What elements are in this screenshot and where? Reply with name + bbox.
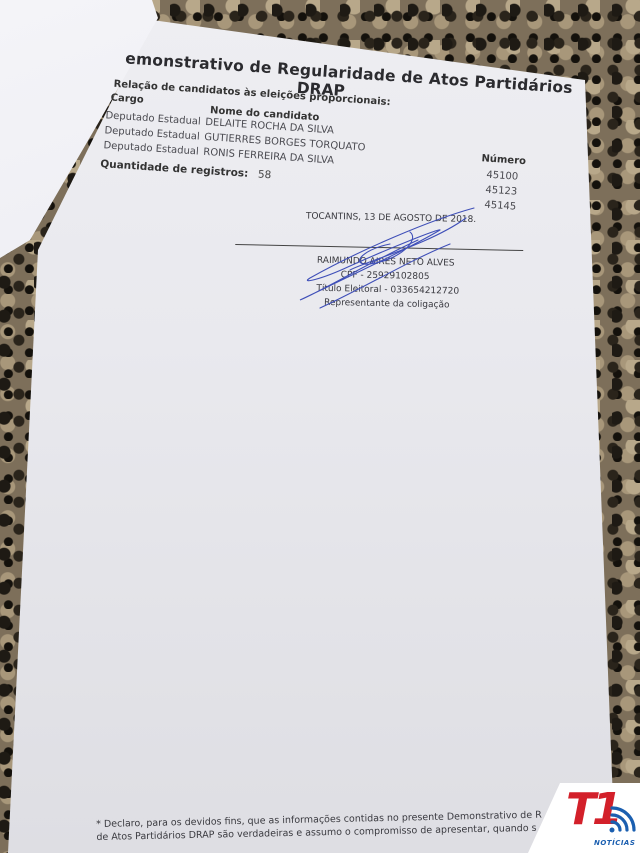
column-header-cargo: Cargo <box>110 93 144 106</box>
cell-numero: 45123 <box>485 185 517 198</box>
watermark-label: NOTÍCIAS <box>594 839 635 847</box>
t1-noticias-watermark: T1 NOTÍCIAS <box>528 783 640 853</box>
broadcast-waves-icon <box>606 805 638 835</box>
handwritten-signature <box>290 200 490 310</box>
photo-scene: emonstrativo de Regularidade de Atos Par… <box>0 0 640 853</box>
registry-count-value: 58 <box>258 168 272 181</box>
